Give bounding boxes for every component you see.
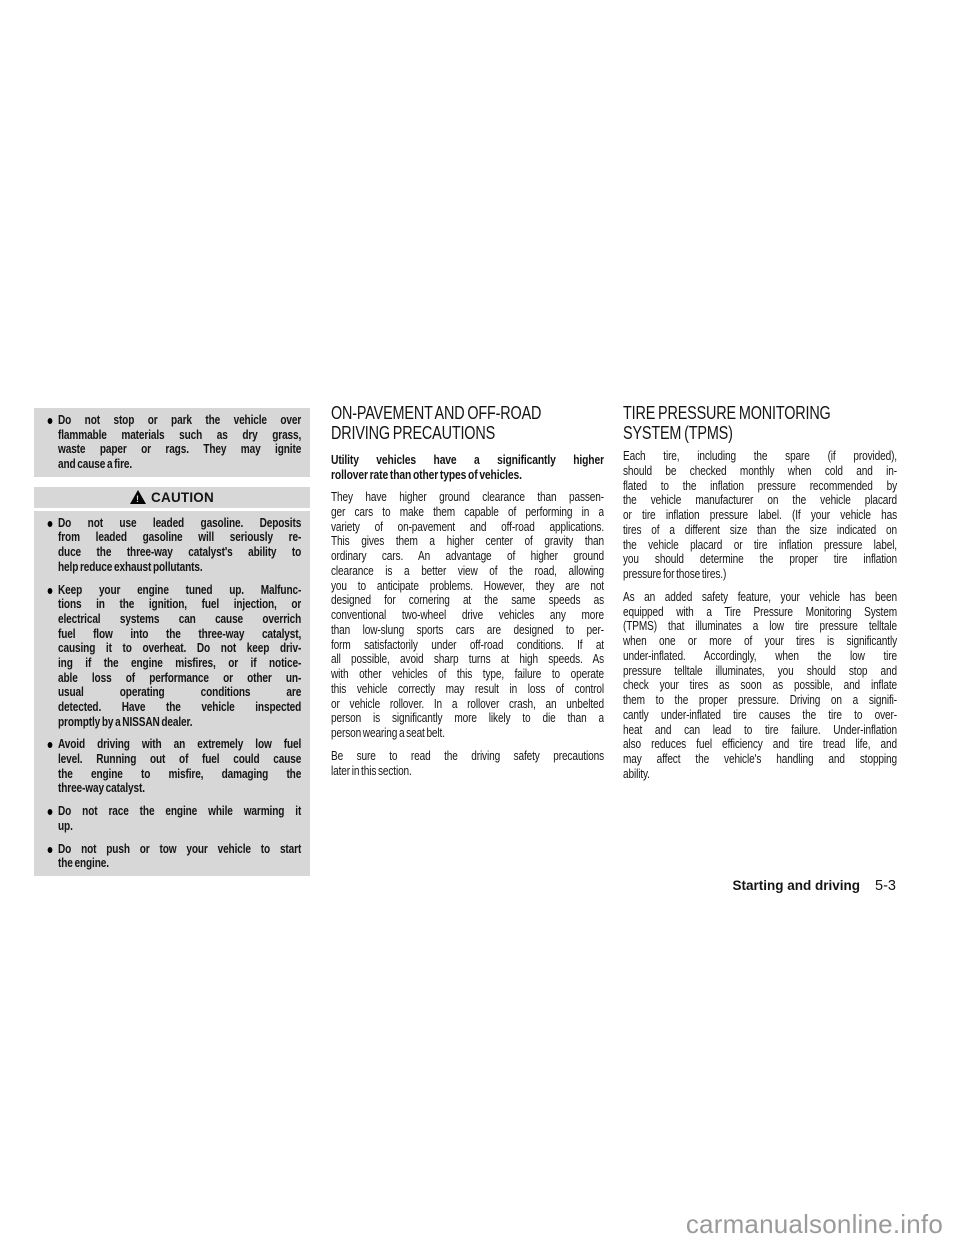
text-line: rollover rate than other types of vehicl… — [331, 467, 604, 482]
text-line: ordinary cars. An advantage of higher gr… — [331, 549, 604, 564]
text-line: under-inflated. Accordingly, when the lo… — [623, 649, 897, 664]
text-line: heat and can lead to tire failure. Under… — [623, 723, 897, 738]
text-line: clearance is a better view of the road, … — [331, 564, 604, 579]
exclamation-glyph: ! — [136, 494, 140, 504]
text-line: Do not push or tow your vehicle to start — [58, 842, 301, 857]
left-column: Do not stop or park the vehicle overflam… — [34, 408, 310, 876]
list-item: Do not stop or park the vehicle overflam… — [34, 413, 310, 472]
bullet-icon — [48, 418, 53, 424]
paragraph: Each tire, including the spare (if provi… — [623, 449, 897, 582]
text-line: when one or more of your tires is signif… — [623, 634, 897, 649]
bullet-icon — [48, 521, 53, 527]
list-item: Avoid driving with an extremely low fuel… — [34, 737, 310, 796]
warning-block-top: Do not stop or park the vehicle overflam… — [34, 408, 310, 477]
text-line: from leaded gasoline will seriously re- — [58, 530, 301, 545]
text-line: flammable materials such as dry grass, — [58, 428, 301, 443]
right-column-content: TIRE PRESSURE MONITORING SYSTEM (TPMS) E… — [623, 404, 897, 782]
warning-block-top-content: Do not stop or park the vehicle overflam… — [34, 413, 310, 472]
text-line: Avoid driving with an extremely low fuel — [58, 737, 301, 752]
text-line: equipped with a Tire Pressure Monitoring… — [623, 605, 897, 620]
heading-line: TIRE PRESSURE MONITORING — [623, 404, 897, 424]
text-line: conventional two-wheel drive vehicles an… — [331, 608, 604, 623]
text-line: duce the three-way catalyst's ability to — [58, 545, 301, 560]
middle-column: ON-PAVEMENT AND OFF-ROAD DRIVING PRECAUT… — [331, 404, 604, 786]
bullet-icon — [48, 588, 53, 594]
bullet-text: Keep your engine tuned up. Malfunc-tions… — [58, 583, 301, 730]
paragraph: Be sure to read the driving safety preca… — [331, 749, 604, 779]
paragraph: As an added safety feature, your vehicle… — [623, 590, 897, 782]
bullet-icon — [48, 809, 53, 815]
text-line: able loss of performance or other un- — [58, 671, 301, 686]
list-item: Do not race the engine while warming itu… — [34, 804, 310, 833]
text-line: ger cars to make them capable of perform… — [331, 505, 604, 520]
footer-page-number: 5-3 — [875, 878, 896, 894]
text-line: detected. Have the vehicle inspected — [58, 700, 301, 715]
text-line: Each tire, including the spare (if provi… — [623, 449, 897, 464]
list-item: Do not push or tow your vehicle to start… — [34, 842, 310, 871]
bullet-text: Do not push or tow your vehicle to start… — [58, 842, 301, 871]
text-line: three-way catalyst. — [58, 781, 301, 796]
text-line: with other vehicles of this type, failur… — [331, 667, 604, 682]
bullet-text: Do not use leaded gasoline. Depositsfrom… — [58, 516, 301, 575]
text-line: cantly under-inflated tire causes the ti… — [623, 708, 897, 723]
text-line: Do not use leaded gasoline. Deposits — [58, 516, 301, 531]
text-line: tires of a different size than the size … — [623, 523, 897, 538]
page-footer: Starting and driving5-3 — [733, 878, 896, 894]
manual-page: Do not stop or park the vehicle overflam… — [0, 0, 960, 1242]
text-line: designed for cornering at the same speed… — [331, 593, 604, 608]
text-line: usual operating conditions are — [58, 685, 301, 700]
paragraph: They have higher ground clearance than p… — [331, 490, 604, 741]
section-heading-on-pavement: ON-PAVEMENT AND OFF-ROAD DRIVING PRECAUT… — [331, 404, 604, 443]
text-line: waste paper or rags. They may ignite — [58, 442, 301, 457]
text-line: later in this section. — [331, 764, 604, 779]
text-line: and cause a fire. — [58, 457, 301, 472]
text-line: fuel flow into the three-way catalyst, — [58, 627, 301, 642]
text-line: up. — [58, 819, 301, 834]
text-line: promptly by a NISSAN dealer. — [58, 715, 301, 730]
text-line: them to the proper pressure. Driving on … — [623, 693, 897, 708]
text-line: (TPMS) that illuminates a low tire press… — [623, 619, 897, 634]
text-line: also reduces fuel efficiency and tire tr… — [623, 737, 897, 752]
warning-triangle-icon: ! — [130, 490, 146, 504]
text-line: Keep your engine tuned up. Malfunc- — [58, 583, 301, 598]
text-line: This gives them a higher center of gravi… — [331, 534, 604, 549]
caution-block: Do not use leaded gasoline. Depositsfrom… — [34, 511, 310, 876]
text-line: form satisfactorily under off-road condi… — [331, 638, 604, 653]
list-item: Keep your engine tuned up. Malfunc-tions… — [34, 583, 310, 730]
heading-line: SYSTEM (TPMS) — [623, 424, 897, 444]
text-line: help reduce exhaust pollutants. — [58, 560, 301, 575]
text-line: person wearing a seat belt. — [331, 726, 604, 741]
text-line: check your tires as soon as possible, an… — [623, 678, 897, 693]
watermark-text: carmanualsonline.info — [686, 1209, 943, 1240]
text-line: As an added safety feature, your vehicle… — [623, 590, 897, 605]
bullet-icon — [48, 742, 53, 748]
text-line: ing if the engine misfires, or if notice… — [58, 656, 301, 671]
bullet-icon — [48, 847, 53, 853]
text-line: the engine to misfire, damaging the — [58, 767, 301, 782]
footer-section-label: Starting and driving — [733, 878, 861, 893]
text-line: pressure telltale illuminates, you shoul… — [623, 664, 897, 679]
text-line: tions in the ignition, fuel injection, o… — [58, 597, 301, 612]
text-line: or vehicle rollover. In a rollover crash… — [331, 697, 604, 712]
text-line: the vehicle manufacturer on the vehicle … — [623, 493, 897, 508]
text-line: than low-slung sports cars are designed … — [331, 623, 604, 638]
text-line: Do not stop or park the vehicle over — [58, 413, 301, 428]
text-line: Utility vehicles have a significantly hi… — [331, 452, 604, 467]
text-line: They have higher ground clearance than p… — [331, 490, 604, 505]
heading-line: ON-PAVEMENT AND OFF-ROAD — [331, 404, 604, 424]
text-line: may affect the vehicle's handling and st… — [623, 752, 897, 767]
text-line: Do not race the engine while warming it — [58, 804, 301, 819]
middle-column-content: ON-PAVEMENT AND OFF-ROAD DRIVING PRECAUT… — [331, 404, 604, 778]
caution-header: ! CAUTION — [34, 487, 310, 508]
text-line: electrical systems can cause overrich — [58, 612, 301, 627]
list-item: Do not use leaded gasoline. Depositsfrom… — [34, 516, 310, 575]
text-line: pressure for those tires.) — [623, 567, 897, 582]
text-line: or tire inflation pressure label. (If yo… — [623, 508, 897, 523]
text-line: flated to the inflation pressure recomme… — [623, 479, 897, 494]
caution-label: CAUTION — [151, 490, 214, 505]
text-line: causing it to overheat. Do not keep driv… — [58, 641, 301, 656]
text-line: this vehicle correctly may result in los… — [331, 682, 604, 697]
text-line: the engine. — [58, 856, 301, 871]
text-line: ability. — [623, 767, 897, 782]
rollover-warning-subheading: Utility vehicles have a significantly hi… — [331, 452, 604, 482]
heading-line: DRIVING PRECAUTIONS — [331, 424, 604, 444]
text-line: person is significantly more likely to d… — [331, 711, 604, 726]
text-line: you should determine the proper tire inf… — [623, 552, 897, 567]
caution-block-content: Do not use leaded gasoline. Depositsfrom… — [34, 516, 310, 871]
text-line: all possible, avoid sharp turns at high … — [331, 652, 604, 667]
text-line: the vehicle placard or tire inflation pr… — [623, 538, 897, 553]
text-line: level. Running out of fuel could cause — [58, 752, 301, 767]
bullet-text: Do not stop or park the vehicle overflam… — [58, 413, 301, 472]
text-line: variety of on-pavement and off-road appl… — [331, 520, 604, 535]
bullet-text: Avoid driving with an extremely low fuel… — [58, 737, 301, 796]
text-line: you to anticipate problems. However, the… — [331, 579, 604, 594]
section-heading-tpms: TIRE PRESSURE MONITORING SYSTEM (TPMS) — [623, 404, 897, 443]
text-line: Be sure to read the driving safety preca… — [331, 749, 604, 764]
text-line: should be checked monthly when cold and … — [623, 464, 897, 479]
bullet-text: Do not race the engine while warming itu… — [58, 804, 301, 833]
right-column: TIRE PRESSURE MONITORING SYSTEM (TPMS) E… — [623, 404, 897, 790]
